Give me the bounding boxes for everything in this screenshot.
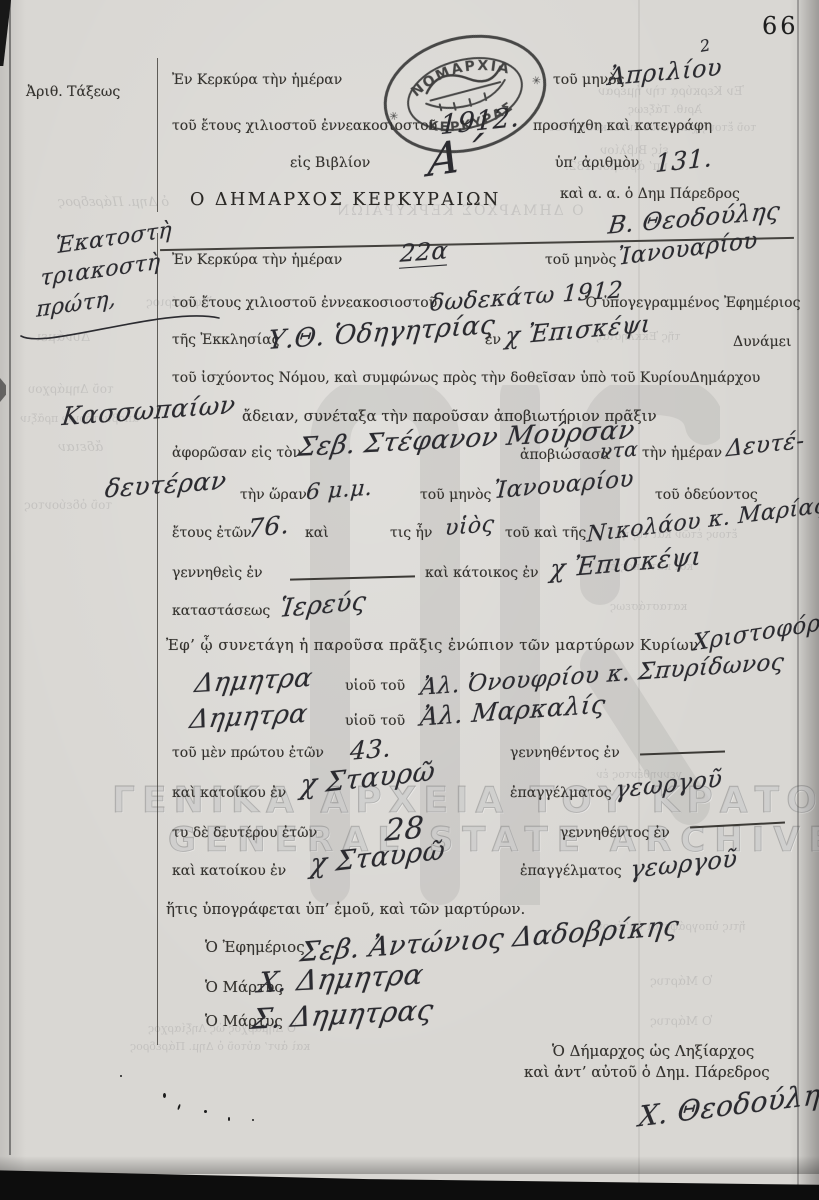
printed-of-church: τῆς Ἐκκλησίας (172, 332, 279, 348)
ink-speck (163, 1093, 166, 1098)
ink-speck (177, 1104, 181, 1110)
printed-at-hour: τὴν ὥραν (240, 487, 307, 503)
printed-act-place: Ἐν Κερκύρα τὴν ἡμέραν (172, 252, 342, 268)
stray-pen-mark: 2 (698, 35, 712, 56)
printed-first-aged: τοῦ μὲν πρώτου ἐτῶν (172, 745, 324, 761)
printed-deputy-note: καὶ α. α. ὁ Δημ Πάρεδρος (560, 186, 740, 202)
printed-resident-of: καὶ κάτοικος ἐν (425, 565, 539, 581)
stamp-star-left-icon: ✳ (388, 109, 400, 124)
bleedthrough-text: ὁ Δημ. Πάρεδρος (58, 195, 169, 210)
printed-aged: ἔτους ἐτῶν (172, 525, 252, 541)
printed-by-virtue: Δυνάμει (733, 334, 791, 350)
page-edge-right-shadow (797, 0, 819, 1200)
svg-text:ΝΟΜΑΡΧΙΑ: ΝΟΜΑΡΧΙΑ (405, 48, 516, 102)
printed-on-day: τὴν ἡμέραν (642, 445, 722, 461)
bleedthrough-text: Ὁ Μάρτυς (650, 1014, 712, 1028)
hand-witness2-surname: Δημητρα (188, 699, 310, 735)
printed-and: καὶ (305, 525, 329, 541)
printed-who-was: τις ἦν (390, 525, 432, 541)
printed-of-month-2: τοῦ μηνὸς (420, 487, 491, 503)
printed-occupation-2: ἐπαγγέλματος (520, 863, 622, 879)
printed-in: ἐν (485, 332, 501, 348)
hand-death-day: δευτέραν (104, 466, 228, 504)
printed-second-aged: τυ δὲ δευτέρου ἐτῶν (172, 825, 317, 841)
printed-born-in-2: γεννηθέντος ἐν (560, 825, 670, 841)
binding-shadow-soft (0, 1156, 819, 1174)
margin-rule-body (157, 233, 158, 1045)
printed-current-year: τοῦ ὁδεύοντος (655, 487, 758, 503)
printed-place-date-line: Ἐν Κερκύρα τὴν ἡμέραν (172, 72, 342, 88)
printed-born-in-1: γεννηθέντος ἐν (510, 745, 620, 761)
page-number: 66 (762, 12, 799, 40)
hand-church-village: χ Ἐπισκέψι (504, 309, 652, 350)
printed-son-of-1: υἱοῦ τοῦ (345, 678, 405, 694)
hand-priest-signature: Σεβ. Ἀντώνιος Δαδοβρίκης (298, 911, 681, 969)
margin-rule-top (157, 58, 158, 212)
printed-mayor-as-registrar: Ὁ Δήμαρχος ὡς Ληξίαρχος (552, 1042, 754, 1060)
printed-concerning: ἀφορῶσαν εἰς τὸν (172, 445, 301, 461)
order-number-label: Ἀριθ. Τάξεως (26, 84, 120, 100)
printed-under-number: ὑπ’ ἀριθμὸν (555, 155, 639, 171)
hand-gender-correction: ντα (599, 437, 639, 464)
hand-deceased-age: 76. (248, 510, 290, 544)
hand-witness1-surname: Δημητρα (193, 663, 315, 699)
printed-law-line: τοῦ ἰσχύοντος Νόμου, καὶ συμφώνως πρὸς τ… (172, 370, 760, 386)
bleedthrough-text: καταστάσεως (610, 600, 687, 613)
printed-witnesses-intro: Ἐφ’ ᾧ συνετάγη ἡ παροῦσα πρᾶξις ἐνώπιον … (166, 636, 699, 654)
bleedthrough-text: Ὁ Μάρτυς (650, 974, 712, 988)
page-edge-nick (0, 378, 6, 402)
printed-priest-label: Ὁ Ἐφημέριος (205, 938, 305, 956)
ink-speck (228, 1117, 230, 1121)
printed-mayor-heading: Ο ΔΗΜΑΡΧΟΣ ΚΕΡΚΥΡΑΙΩΝ (190, 190, 501, 210)
printed-of-and-of: τοῦ καὶ τῆς (505, 525, 586, 541)
printed-act-of-month: τοῦ μηνὸς (545, 252, 616, 268)
hand-act-day-number: 22α (399, 236, 449, 269)
printed-deputy-on-behalf: καὶ ἀντ’ αὐτοῦ ὁ Δημ. Πάρεδρος (524, 1063, 770, 1081)
scanned-death-record-page: ΓΕΝΙΚΑ ΑΡΧΕΙΑ ΤΟΥ ΚΡΑΤΟΥΣ GENERAL STATE … (0, 0, 819, 1200)
stamp-arc-top-text: ΝΟΜΑΡΧΙΑ (405, 48, 516, 102)
ink-speck (252, 1119, 254, 1121)
printed-closing-line: ἥτις ὑπογράφεται ὑπ’ ἐμοῦ, καὶ τῶν μαρτύ… (166, 900, 525, 918)
printed-deceased-word: ἀποβιώσασα (520, 447, 610, 463)
hand-death-hour: 6 μ.μ. (305, 476, 373, 506)
page-edge-right-line (797, 0, 799, 1200)
ink-speck (204, 1110, 207, 1113)
bleedthrough-text: ἄδειαν (58, 440, 103, 455)
hand-act-number: 131. (655, 143, 713, 178)
hand-deputy-signature-bottom: Χ. Θεοδούλης (637, 1076, 819, 1134)
ink-speck (120, 1075, 122, 1077)
nomarchia-kerkyras-stamp: ΝΟΜΑΡΧΙΑ ΚΕΡΚΥΡΑΣ ✳ ✳ (368, 13, 563, 174)
printed-status: καταστάσεως (172, 603, 270, 619)
printed-born-in: γεννηθεὶς ἐν (172, 565, 263, 581)
hand-church-name: Υ.Θ. Ὁδηγητρίας (267, 310, 497, 356)
printed-son-of-2: υἱοῦ τοῦ (345, 713, 405, 729)
stamp-outer-ring (373, 20, 557, 168)
page-edge-left-line (9, 0, 11, 1155)
stamp-star-right-icon: ✳ (530, 73, 542, 88)
printed-into-book: εἰς Βιβλίον (290, 155, 370, 171)
hand-witness1-signature: Χ. Δημητρα (255, 958, 426, 1000)
printed-undersigned-priest: Ὁ ὑπογεγραμμένος Ἐφημέριος (585, 295, 800, 311)
printed-resident-1: καὶ κατοίκου ἐν (172, 785, 286, 801)
hand-death-day-start: Δευτέ- (725, 428, 805, 463)
printed-occupation-1: ἐπαγγέλματος (510, 785, 612, 801)
hand-witness2-signature: Σ. Δημητρας (249, 993, 436, 1036)
fold-crease-vertical (638, 0, 640, 1200)
bleedthrough-text: τοῦ ὁδεύοντος (24, 498, 112, 512)
hand-municipality: Κασσωπαίων (61, 390, 237, 431)
printed-resident-2: καὶ κατοίκου ἐν (172, 863, 286, 879)
printed-act-year-line: τοῦ ἔτους χιλιοστοῦ ἐννεακοσιοστοῦ (172, 295, 437, 311)
hand-relation: υἱὸς (444, 512, 496, 542)
bleedthrough-text: τοῦ Δημάρχου (28, 382, 114, 396)
